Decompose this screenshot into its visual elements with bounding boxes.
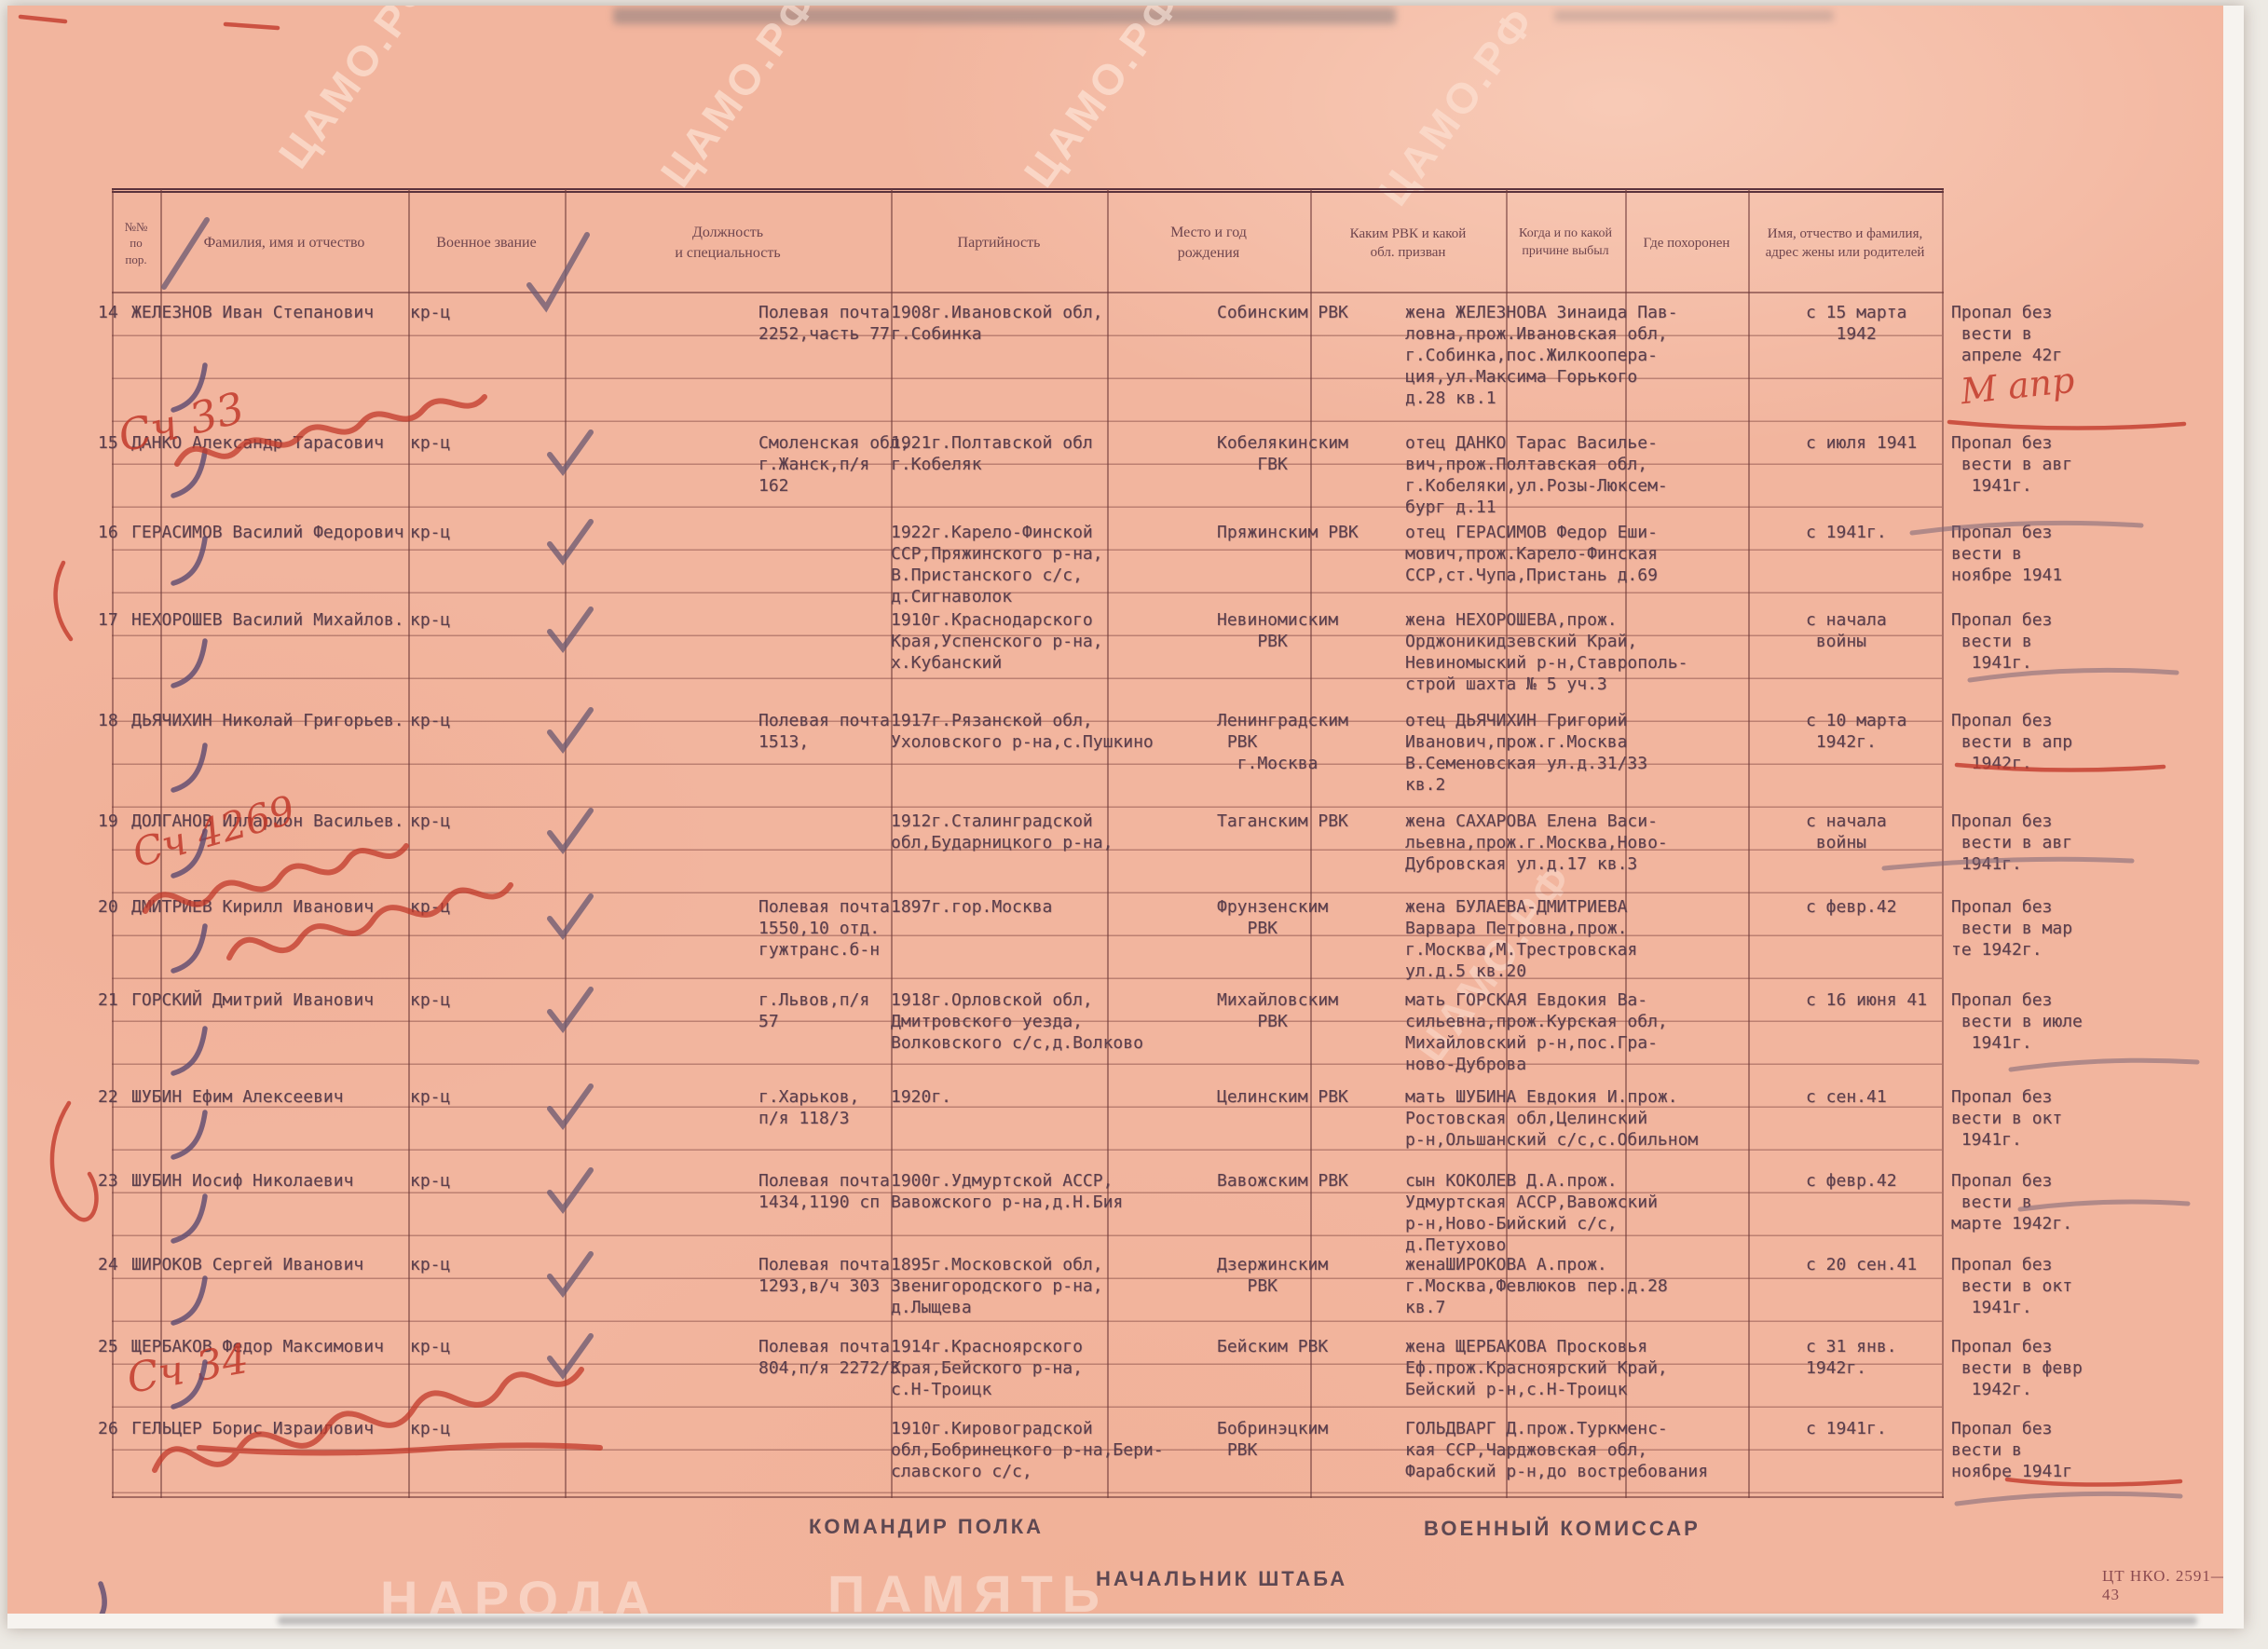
red-margin-curve-row16	[56, 563, 71, 639]
loss-date-value: с 1941г.	[1806, 522, 1887, 543]
row-number: 16	[98, 522, 118, 543]
column-divider	[565, 189, 567, 1498]
loss-date-value: с 16 июня 41	[1806, 989, 1927, 1011]
row-number: 25	[98, 1336, 118, 1357]
column-divider	[408, 189, 410, 1498]
scanned-page: ЦАМО.РФ ЦАМО.РФ ЦАМО.РФ ЦАМО.РФ ЦАМО.РФ …	[7, 6, 2244, 1629]
loss-date-value: с 10 марта 1942г.	[1806, 710, 1906, 753]
header-burial-place: Где похоронен	[1625, 198, 1748, 289]
loss-date-value: с февр.42	[1806, 896, 1897, 918]
loss-reason-value: Пропал без вести в окт 1941г.	[1951, 1254, 2072, 1318]
row-number: 17	[98, 609, 118, 631]
column-divider	[1310, 189, 1312, 1498]
draft-office-value: Невиномиским РВК	[1217, 609, 1338, 652]
rank-value: кр-ц	[410, 1418, 450, 1439]
birth-value: 1900г.Удмуртской АССР, Вавожского р-на,д…	[891, 1170, 1123, 1213]
birth-value: 1918г.Орловской обл, Дмитровского уезда,…	[891, 989, 1143, 1054]
family-address-value: жена НЕХОРОШЕВА,прож. Орджоникидзевский …	[1405, 609, 1687, 695]
loss-reason-value: Пропал без вести в мар те 1942г.	[1951, 896, 2072, 961]
birth-value: 1920г.	[891, 1086, 951, 1108]
row-number: 18	[98, 710, 118, 731]
soldier-name: ШИРОКОВ Сергей Иванович	[131, 1254, 363, 1275]
soldier-name: ДМИТРИЕВ Кирилл Иванович	[131, 896, 374, 918]
header-family-address: Имя, отчество и фамилия, адрес жены или …	[1748, 198, 1942, 289]
birth-value: 1895г.Московской обл, Звенигородского р-…	[891, 1254, 1103, 1318]
draft-office-value: Целинским РВК	[1217, 1086, 1348, 1108]
family-address-value: сын КОКОЛЕВ Д.А.прож. Удмуртская АССР,Ва…	[1405, 1170, 1658, 1256]
soldier-name: ДЬЯЧИХИН Николай Григорьев.	[131, 710, 404, 731]
rank-value: кр-ц	[410, 522, 450, 543]
rank-value: кр-ц	[410, 1170, 450, 1192]
header-duty: Должность и специальность	[565, 198, 891, 289]
row-number: 19	[98, 811, 118, 832]
draft-office-value: Кобелякинским ГВК	[1217, 432, 1348, 475]
loss-reason-value: Пропал без вести в февр 1942г.	[1951, 1336, 2083, 1400]
family-address-value: отец ДЬЯЧИХИН Григорий Иванович,прож.г.М…	[1405, 710, 1647, 796]
loss-reason-value: Пропал без вести в ноябре 1941г	[1951, 1418, 2072, 1482]
loss-date-value: с 31 янв. 1942г.	[1806, 1336, 1897, 1379]
header-name: Фамилия, имя и отчество	[160, 198, 408, 289]
row-number: 24	[98, 1254, 118, 1275]
family-address-value: жена ЩЕРБАКОВА Просковья Еф.прож.Красноя…	[1405, 1336, 1668, 1400]
loss-reason-value: Пропал без вести в авг 1941г.	[1951, 432, 2072, 497]
red-margin-loop-row24	[52, 1103, 97, 1220]
family-address-value: отец ДАНКО Тарас Василье- вич,прож.Полта…	[1405, 432, 1668, 518]
commissar-label: ВОЕННЫЙ КОМИССАР	[1424, 1517, 1701, 1541]
soldier-name: ШУБИН Ефим Алексеевич	[131, 1086, 344, 1108]
scan-shadow	[278, 1616, 2197, 1625]
family-address-value: жена САХАРОВА Елена Васи- льевна,прож.г.…	[1405, 811, 1668, 875]
birth-value: 1921г.Полтавской обл г.Кобеляк	[891, 432, 1093, 475]
rank-value: кр-ц	[410, 432, 450, 454]
duty-value: г.Львов,п/я 57	[758, 989, 869, 1032]
scan-edge-smudge	[1554, 10, 1834, 21]
loss-reason-value: Пропал без вести в марте 1942г.	[1951, 1170, 2072, 1234]
duty-value: г.Харьков, п/я 118/3	[758, 1086, 859, 1129]
rank-value: кр-ц	[410, 609, 450, 631]
handwritten-note: М апр	[1959, 360, 2076, 413]
loss-date-value: с 15 марта 1942	[1806, 302, 1906, 345]
loss-reason-value: Пропал без вести в 1941г.	[1951, 609, 2052, 674]
row-number: 21	[98, 989, 118, 1011]
column-divider	[112, 189, 114, 1498]
draft-office-value: Михайловским РВК	[1217, 989, 1338, 1032]
loss-reason-value: Пропал без вести в авг 1941г.	[1951, 811, 2072, 875]
soldier-name: ГОРСКИЙ Дмитрий Иванович	[131, 989, 374, 1011]
birth-value: 1917г.Рязанской обл, Ухоловского р-на,с.…	[891, 710, 1154, 753]
family-address-value: жена ЖЕЛЕЗНОВА Зинаида Пав- ловна,прож.И…	[1405, 302, 1678, 409]
rank-value: кр-ц	[410, 1086, 450, 1108]
watermark-text: ЦАМО.РФ	[1368, 6, 1546, 214]
draft-office-value: Фрунзенским РВК	[1217, 896, 1328, 939]
birth-value: 1910г.Кировоградской обл,Бобринецкого р-…	[891, 1418, 1164, 1482]
draft-office-value: Таганским РВК	[1217, 811, 1348, 832]
loss-date-value: с февр.42	[1806, 1170, 1897, 1192]
family-address-value: мать ШУБИНА Евдокия И.прож. Ростовская о…	[1405, 1086, 1698, 1151]
row-number: 26	[98, 1418, 118, 1439]
loss-date-value: с сен.41	[1806, 1086, 1887, 1108]
watermark-text: ЦАМО.РФ	[268, 6, 446, 177]
row-number: 14	[98, 302, 118, 323]
row-number: 23	[98, 1170, 118, 1192]
draft-office-value: Пряжинским РВК	[1217, 522, 1359, 543]
soldier-name: ЖЕЛЕЗНОВ Иван Степанович	[131, 302, 374, 323]
draft-office-value: Бейским РВК	[1217, 1336, 1328, 1357]
loss-reason-value: Пропал без вести в апр 1942г.	[1951, 710, 2072, 774]
family-address-value: ГОЛЬДВАРГ Д.прож.Туркменс- кая ССР,Чардж…	[1405, 1418, 1708, 1482]
loss-date-value: с начала войны	[1806, 609, 1887, 652]
loss-date-value: с 1941г.	[1806, 1418, 1887, 1439]
watermark-text: ЦАМО.РФ	[1014, 6, 1192, 196]
rank-value: кр-ц	[410, 896, 450, 918]
draft-office-value: Собинским РВК	[1217, 302, 1348, 323]
loss-reason-value: Пропал без вести в ноябре 1941	[1951, 522, 2062, 586]
rank-value: кр-ц	[410, 989, 450, 1011]
rank-value: кр-ц	[410, 302, 450, 323]
rank-value: кр-ц	[410, 811, 450, 832]
duty-value: Смоленская обл, г.Жанск,п/я 162	[758, 432, 910, 497]
loss-reason-value: Пропал без вести в апреле 42г	[1951, 302, 2062, 366]
duty-value: Полевая почта 2252,часть 77	[758, 302, 890, 345]
birth-value: 1914г.Красноярского Края,Бейского р-на, …	[891, 1336, 1083, 1400]
red-edge-dash	[225, 24, 278, 28]
birth-value: 1922г.Карело-Финской ССР,Пряжинского р-н…	[891, 522, 1103, 607]
rank-value: кр-ц	[410, 710, 450, 731]
duty-value: Полевая почта 1550,10 отд. гужтранс.б-н	[758, 896, 890, 961]
row-number: 20	[98, 896, 118, 918]
soldier-name: ГЕЛЬЦЕР Борис Израилович	[131, 1418, 374, 1439]
soldier-name: ГЕРАСИМОВ Василий Федорович	[131, 522, 404, 543]
family-address-value: мать ГОРСКАЯ Евдокия Ва- сильевна,прож.К…	[1405, 989, 1668, 1075]
loss-date-value: с начала войны	[1806, 811, 1887, 853]
scan-edge-smudge	[613, 7, 1396, 24]
soldier-name: НЕХОРОШЕВ Василий Михайлов.	[131, 609, 404, 631]
birth-value: 1912г.Сталинградской обл,Бударницкого р-…	[891, 811, 1113, 853]
rank-value: кр-ц	[410, 1336, 450, 1357]
rank-value: кр-ц	[410, 1254, 450, 1275]
duty-value: Полевая почта 804,п/я 2272/3	[758, 1336, 900, 1379]
column-divider	[1748, 189, 1750, 1498]
header-rank: Военное звание	[408, 198, 565, 289]
duty-value: Полевая почта 1293,в/ч 303	[758, 1254, 890, 1297]
header-loss-reason: Когда и по какой причине выбыл	[1506, 198, 1625, 289]
row-number: 15	[98, 432, 118, 454]
family-address-value: жена БУЛАЕВА-ДМИТРИЕВА Варвара Петровна,…	[1405, 896, 1637, 982]
duty-value: Полевая почта 1434,1190 сп	[758, 1170, 890, 1213]
birth-value: 1897г.гор.Москва	[891, 896, 1052, 918]
commander-label: КОМАНДИР ПОЛКА	[809, 1515, 1044, 1539]
header-birthplace: Место и год рождения	[1107, 198, 1310, 289]
header-number: №№ по пор.	[112, 198, 160, 289]
family-address-value: женаШИРОКОВА А.прож. г.Москва,Февлюков п…	[1405, 1254, 1668, 1318]
duty-value: Полевая почта 1513,	[758, 710, 890, 753]
column-divider	[1942, 189, 1944, 1498]
watermark-text: ЦАМО.РФ	[650, 6, 828, 196]
draft-office-value: Бобринэцким РВК	[1217, 1418, 1328, 1461]
soldier-name: ШУБИН Иосиф Николаевич	[131, 1170, 353, 1192]
red-underline-row14	[1949, 422, 2184, 429]
loss-reason-value: Пропал без вести в июле 1941г.	[1951, 989, 2083, 1054]
loss-reason-value: Пропал без вести в окт 1941г.	[1951, 1086, 2062, 1151]
draft-office-value: Ленинградским РВК г.Москва	[1217, 710, 1348, 774]
birth-value: 1908г.Ивановской обл, г.Собинка	[891, 302, 1103, 345]
family-address-value: отец ГЕРАСИМОВ Федор Еши- мович,прож.Кар…	[1405, 522, 1658, 586]
scan-margin	[2223, 6, 2244, 1629]
chief-of-staff-label: НАЧАЛЬНИК ШТАБА	[1096, 1567, 1347, 1591]
loss-date-value: с июля 1941	[1806, 432, 1917, 454]
row-number: 22	[98, 1086, 118, 1108]
table-top-border	[112, 188, 1944, 195]
header-party: Партийность	[891, 198, 1107, 289]
draft-office-value: Дзержинским РВК	[1217, 1254, 1328, 1297]
birth-value: 1910г.Краснодарского Края,Успенского р-н…	[891, 609, 1103, 674]
draft-office-value: Вавожским РВК	[1217, 1170, 1348, 1192]
loss-date-value: с 20 сен.41	[1806, 1254, 1917, 1275]
header-draft-office: Каким РВК и какой обл. призван	[1310, 198, 1506, 289]
red-edge-dash	[20, 17, 65, 21]
